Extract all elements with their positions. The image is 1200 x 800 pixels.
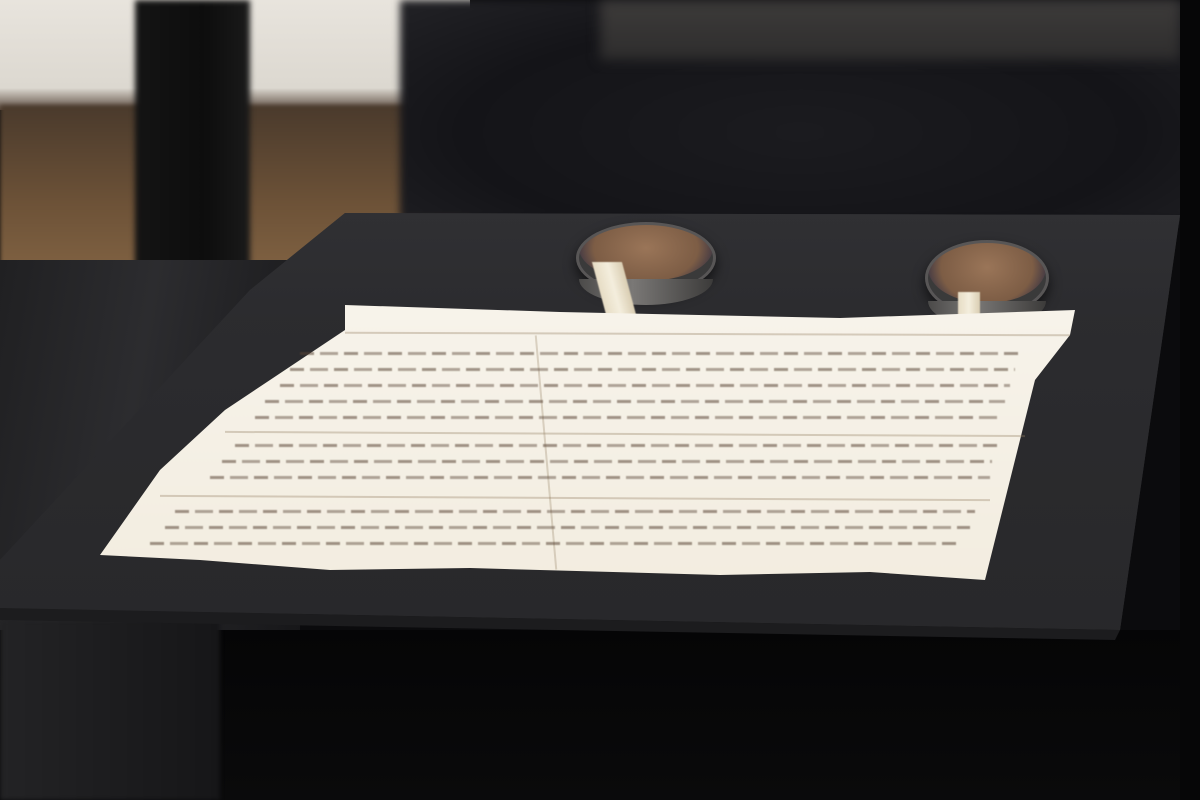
background-shadow bbox=[600, 0, 1180, 60]
handwritten-line bbox=[165, 526, 970, 529]
display-case-corner bbox=[0, 620, 220, 800]
handwritten-line bbox=[150, 542, 960, 545]
handwritten-line bbox=[255, 416, 1000, 419]
handwritten-line bbox=[280, 384, 1010, 387]
handwritten-line bbox=[235, 444, 1000, 447]
handwritten-line bbox=[175, 510, 975, 513]
handwritten-line bbox=[290, 368, 1015, 371]
handwritten-line bbox=[222, 460, 992, 463]
museum-display-photo bbox=[0, 0, 1200, 800]
handwritten-line bbox=[265, 400, 1005, 403]
display-case-edge bbox=[1180, 0, 1200, 800]
handwritten-line bbox=[300, 352, 1020, 355]
display-case-pillar bbox=[135, 0, 250, 300]
handwritten-line bbox=[210, 476, 990, 479]
wax-seal-right bbox=[925, 240, 1049, 316]
